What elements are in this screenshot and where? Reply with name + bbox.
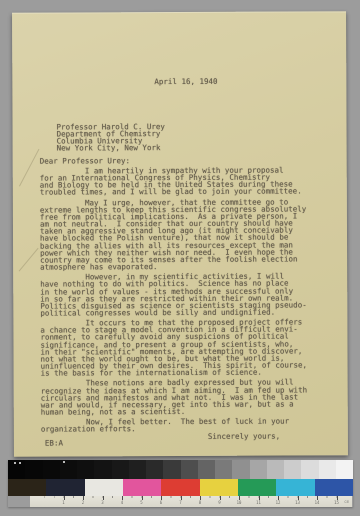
ruler-number: 9: [215, 500, 225, 505]
grayscale-step: [250, 460, 267, 479]
ruler-number: 15: [332, 500, 342, 505]
calibration-target: cm 123456789101112131415: [8, 460, 353, 507]
letter-paper: April 16, 1940 Professor Harold C. UreyD…: [12, 11, 348, 456]
recipient-address: Professor Harold C. UreyDepartment of Ch…: [57, 123, 165, 152]
dust-speck: [19, 462, 21, 464]
grayscale-step: [232, 460, 249, 479]
grayscale-step: [146, 460, 163, 479]
color-patch-red: [161, 479, 199, 496]
closing: Sincerely yours,: [208, 433, 280, 440]
paragraph: May I urge, however, that the committee …: [40, 198, 340, 271]
grayscale-step: [163, 460, 180, 479]
salutation: Dear Professor Urey:: [40, 157, 130, 165]
ruler-number: 13: [293, 500, 303, 505]
paragraph: It occurs to me that the proposed projec…: [40, 318, 340, 377]
grayscale-step: [77, 460, 94, 479]
color-patch-green: [238, 479, 276, 496]
grayscale-step: [198, 460, 215, 479]
color-patch-dark-navy: [46, 479, 84, 496]
grayscale-step: [181, 460, 198, 479]
grayscale-step: [60, 460, 77, 479]
typist-initials: EB:A: [45, 440, 63, 447]
scanned-document: April 16, 1940 Professor Harold C. UreyD…: [0, 0, 360, 516]
grayscale-step: [129, 460, 146, 479]
ruler-number: 8: [195, 500, 205, 505]
grayscale-step: [284, 460, 301, 479]
letter-body: I am heartily in sympathy with your prop…: [40, 166, 341, 436]
color-patch-dark-brown: [8, 479, 46, 496]
ruler-number: 4: [117, 500, 127, 505]
paragraph: Now, I feel better. The best of luck in …: [41, 417, 341, 433]
grayscale-step: [43, 460, 60, 479]
color-patch-blue: [315, 479, 353, 496]
ruler-number: 14: [312, 500, 322, 505]
ruler-number: 10: [234, 500, 244, 505]
ruler-number: 5: [137, 500, 147, 505]
color-patch-yellow: [200, 479, 238, 496]
color-patch-strip: [8, 479, 353, 496]
ruler-number: 7: [176, 500, 186, 505]
grayscale-step: [8, 460, 25, 479]
grayscale-step: [112, 460, 129, 479]
ruler-number: 2: [78, 500, 88, 505]
color-patch-cyan: [276, 479, 314, 496]
grayscale-step: [336, 460, 353, 479]
grayscale-step: [25, 460, 42, 479]
grayscale-step: [301, 460, 318, 479]
ruler-number: 1: [59, 500, 69, 505]
paragraph: I am heartily in sympathy with your prop…: [40, 166, 340, 196]
grayscale-step: [215, 460, 232, 479]
color-patch-white: [85, 479, 123, 496]
color-patch-magenta: [123, 479, 161, 496]
grayscale-step: [94, 460, 111, 479]
dust-speck: [14, 462, 16, 464]
address-line: New York City, New York: [57, 145, 165, 153]
paragraph: However, in my scientific activities, I …: [40, 272, 340, 316]
ruler: cm 123456789101112131415: [30, 496, 352, 507]
cm-label: cm: [344, 499, 349, 504]
ruler-number: 6: [156, 500, 166, 505]
letter-date: April 16, 1940: [154, 78, 217, 85]
ruler-number: 11: [254, 500, 264, 505]
grayscale-step: [267, 460, 284, 479]
paper-crease: [19, 149, 39, 187]
grayscale-strip: [8, 460, 353, 479]
dust-speck: [63, 461, 65, 463]
ruler-number: 12: [273, 500, 283, 505]
paragraph: These notions are badly expressed but yo…: [41, 379, 341, 416]
ruler-number: 3: [98, 500, 108, 505]
paper-crease: [19, 248, 39, 272]
grayscale-step: [319, 460, 336, 479]
